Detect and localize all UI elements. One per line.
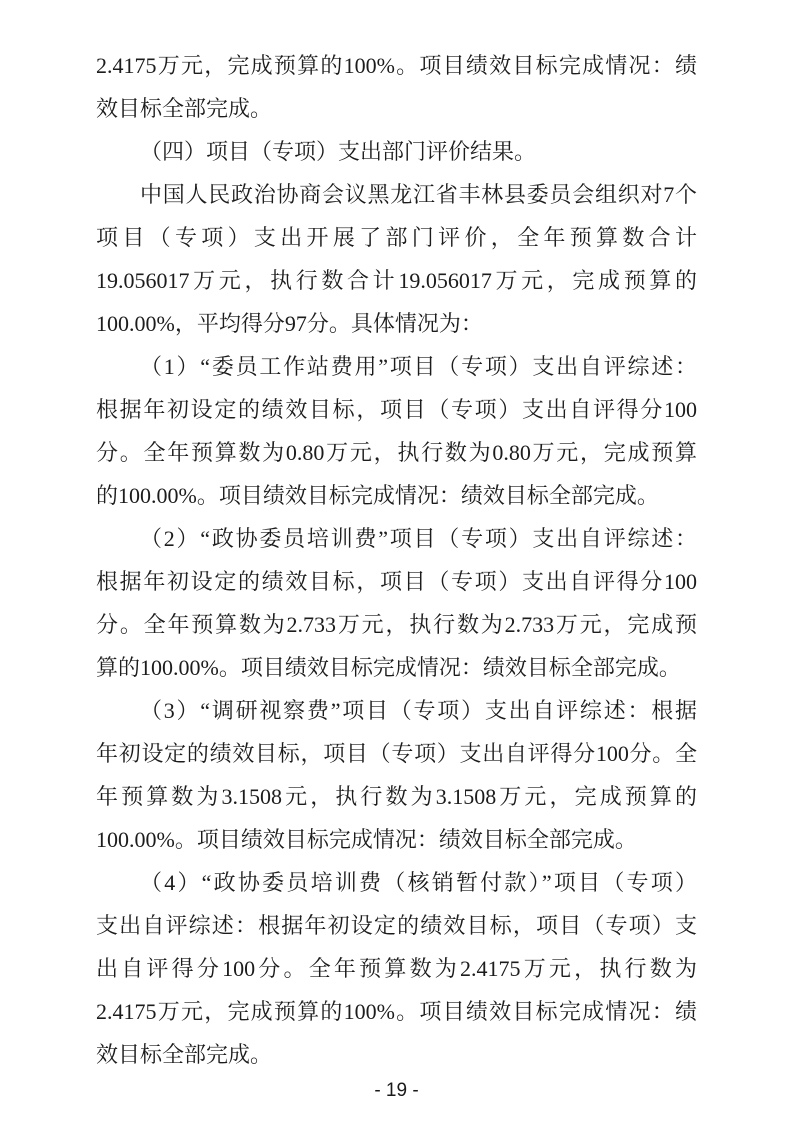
paragraph-item-2: （2）“政协委员培训费”项目（专项）支出自评综述： 根据年初设定的绩效目标，项目… <box>96 517 697 689</box>
text-line: 根据年初设定的绩效目标，项目（专项）支出自评得分100 <box>96 388 697 431</box>
paragraph-item-4: （4）“政协委员培训费（核销暂付款）”项目（专项） 支出自评综述：根据年初设定的… <box>96 861 697 1076</box>
paragraph-item-1: （1）“委员工作站费用”项目（专项）支出自评综述： 根据年初设定的绩效目标，项目… <box>96 345 697 517</box>
section-heading: （四）项目（专项）支出部门评价结果。 <box>96 130 697 173</box>
document-body: 2.4175万元，完成预算的100%。项目绩效目标完成情况：绩 效目标全部完成。… <box>96 44 697 1076</box>
text-line: 100.00%，平均得分97分。具体情况为： <box>96 302 697 345</box>
text-line: 效目标全部完成。 <box>96 1033 697 1076</box>
text-line: 效目标全部完成。 <box>96 87 697 130</box>
text-line: 分。全年预算数为0.80万元，执行数为0.80万元，完成预算 <box>96 431 697 474</box>
document-page: 2.4175万元，完成预算的100%。项目绩效目标完成情况：绩 效目标全部完成。… <box>0 0 793 1122</box>
text-line: 中国人民政治协商会议黑龙江省丰林县委员会组织对7个 <box>96 173 697 216</box>
text-line: 的100.00%。项目绩效目标完成情况：绩效目标全部完成。 <box>96 474 697 517</box>
text-line: 支出自评综述：根据年初设定的绩效目标，项目（专项）支 <box>96 904 697 947</box>
text-line: （2）“政协委员培训费”项目（专项）支出自评综述： <box>96 517 697 560</box>
text-line: 19.056017万元，执行数合计19.056017万元，完成预算的 <box>96 259 697 302</box>
text-line: 100.00%。项目绩效目标完成情况：绩效目标全部完成。 <box>96 818 697 861</box>
paragraph-item-3: （3）“调研视察费”项目（专项）支出自评综述：根据 年初设定的绩效目标，项目（专… <box>96 689 697 861</box>
paragraph-continuation: 2.4175万元，完成预算的100%。项目绩效目标完成情况：绩 效目标全部完成。 <box>96 44 697 130</box>
text-line: 项目（专项）支出开展了部门评价，全年预算数合计 <box>96 216 697 259</box>
text-line: （3）“调研视察费”项目（专项）支出自评综述：根据 <box>96 689 697 732</box>
text-line: 出自评得分100分。全年预算数为2.4175万元，执行数为 <box>96 947 697 990</box>
text-line: 2.4175万元，完成预算的100%。项目绩效目标完成情况：绩 <box>96 990 697 1033</box>
text-line: （4）“政协委员培训费（核销暂付款）”项目（专项） <box>96 861 697 904</box>
page-number: - 19 - <box>0 1080 793 1102</box>
text-line: 年初设定的绩效目标，项目（专项）支出自评得分100分。全 <box>96 732 697 775</box>
text-line: 年预算数为3.1508元，执行数为3.1508万元，完成预算的 <box>96 775 697 818</box>
text-line: 算的100.00%。项目绩效目标完成情况：绩效目标全部完成。 <box>96 646 697 689</box>
text-line: 分。全年预算数为2.733万元，执行数为2.733万元，完成预 <box>96 603 697 646</box>
paragraph-overview: 中国人民政治协商会议黑龙江省丰林县委员会组织对7个 项目（专项）支出开展了部门评… <box>96 173 697 345</box>
paragraph-section-heading: （四）项目（专项）支出部门评价结果。 <box>96 130 697 173</box>
text-line: （1）“委员工作站费用”项目（专项）支出自评综述： <box>96 345 697 388</box>
text-line: 根据年初设定的绩效目标，项目（专项）支出自评得分100 <box>96 560 697 603</box>
text-line: 2.4175万元，完成预算的100%。项目绩效目标完成情况：绩 <box>96 44 697 87</box>
